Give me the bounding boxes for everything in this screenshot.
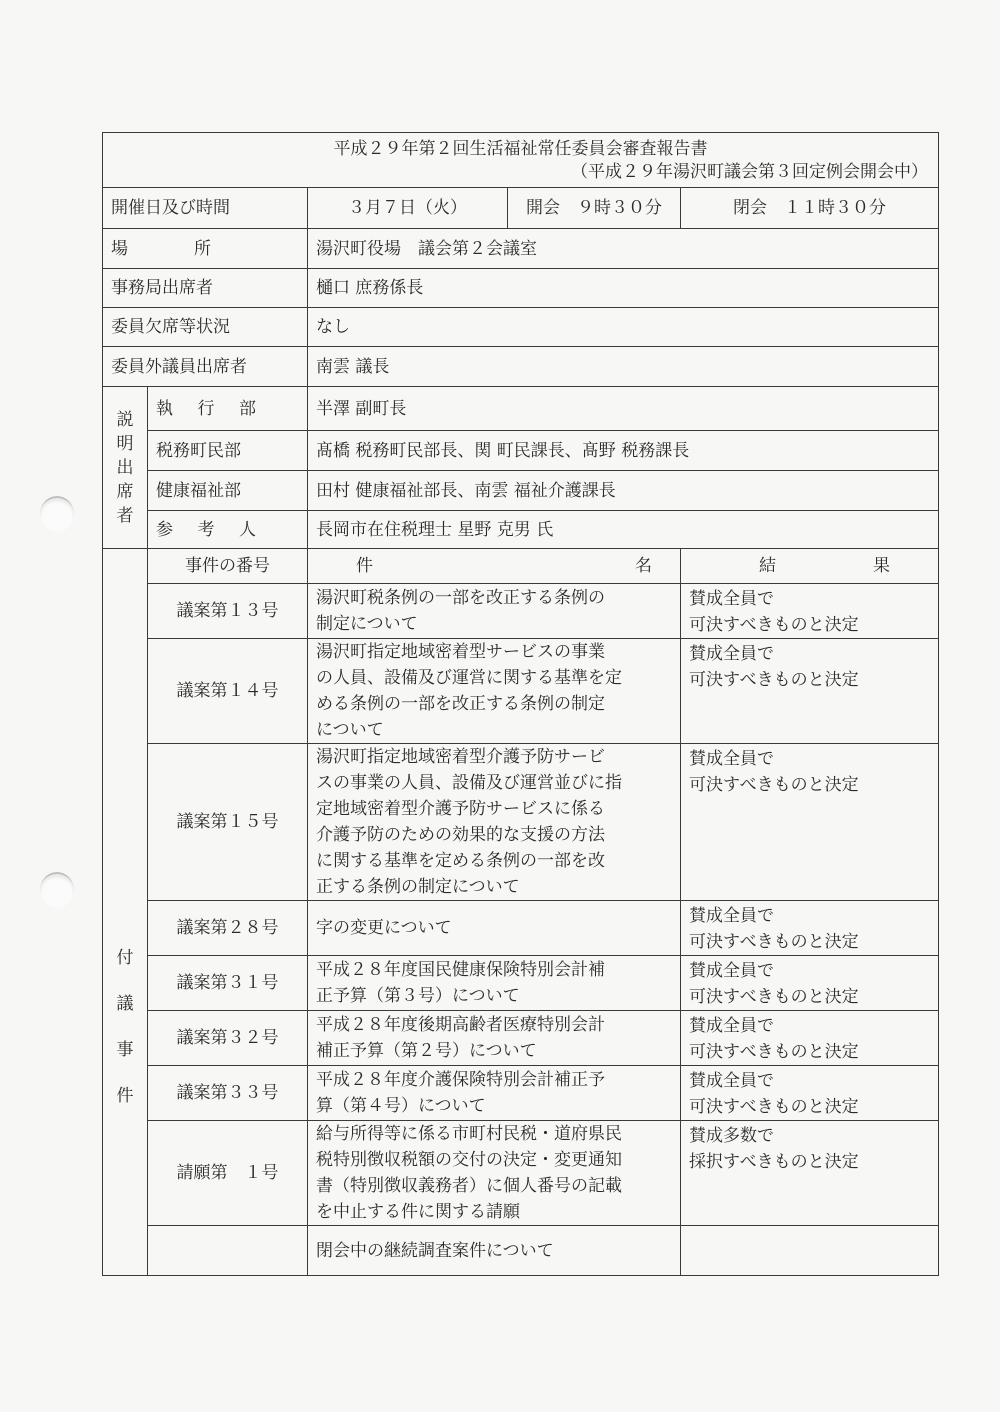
document-title: 平成２９年第２回生活福祉常任委員会審査報告書	[113, 137, 928, 161]
meeting-date: ３月７日（火）	[308, 188, 508, 229]
case-number: 議案第１４号	[148, 639, 308, 744]
reference-person-label: 参 考 人	[148, 511, 308, 549]
header-case-number: 事件の番号	[148, 549, 308, 584]
case-number: 議案第３１号	[148, 956, 308, 1011]
secretariat-attendee: 樋口 庶務係長	[308, 269, 939, 308]
agenda-row: 閉会中の継続調査案件について	[103, 1226, 939, 1276]
dept-tax-names: 髙橋 税務町民部長、関 町民課長、髙野 税務課長	[308, 431, 939, 471]
other-members: 南雲 議長	[308, 347, 939, 387]
title-cell: 平成２９年第２回生活福祉常任委員会審査報告書 （平成２９年湯沢町議会第３回定例会…	[103, 133, 939, 188]
agenda-row: 請願第 １号 給与所得等に係る市町村民税・道府県民税特別徴収税額の交付の決定・変…	[103, 1121, 939, 1226]
case-name: 湯沢町税条例の一部を改正する条例の制定について	[308, 584, 681, 639]
meeting-place: 湯沢町役場 議会第２会議室	[308, 229, 939, 269]
case-result: 賛成全員で可決すべきものと決定	[681, 1066, 939, 1121]
agenda-row: 議案第３２号 平成２８年度後期高齢者医療特別会計補正予算（第２号）について 賛成…	[103, 1011, 939, 1066]
secretariat-label: 事務局出席者	[103, 269, 308, 308]
meeting-close-time: 閉会 １１時３０分	[681, 188, 939, 229]
document-subtitle: （平成２９年湯沢町議会第３回定例会開会中）	[113, 161, 928, 183]
case-number: 議案第１５号	[148, 744, 308, 901]
dept-executive-names: 半澤 副町長	[308, 387, 939, 431]
meeting-open-time: 開会 ９時３０分	[508, 188, 681, 229]
case-number	[148, 1226, 308, 1276]
case-result: 賛成全員で可決すべきものと決定	[681, 956, 939, 1011]
case-result: 賛成全員で可決すべきものと決定	[681, 901, 939, 956]
agenda-row: 議案第３１号 平成２８年度国民健康保険特別会計補正予算（第３号）について 賛成全…	[103, 956, 939, 1011]
case-result: 賛成全員で可決すべきものと決定	[681, 744, 939, 901]
case-name: 字の変更について	[308, 901, 681, 956]
case-name: 湯沢町指定地域密着型サービスの事業の人員、設備及び運営に関する基準を定 める条例…	[308, 639, 681, 744]
punch-hole-top	[40, 496, 74, 532]
header-case-name: 件 名	[308, 549, 681, 584]
case-number: 請願第 １号	[148, 1121, 308, 1226]
case-number: 議案第３３号	[148, 1066, 308, 1121]
other-members-label: 委員外議員出席者	[103, 347, 308, 387]
case-result: 賛成多数で採択すべきものと決定	[681, 1121, 939, 1226]
dept-executive-label: 執 行 部	[148, 387, 308, 431]
case-name: 給与所得等に係る市町村民税・道府県民税特別徴収税額の交付の決定・変更通知 書（特…	[308, 1121, 681, 1226]
case-name: 平成２８年度介護保険特別会計補正予算（第４号）について	[308, 1066, 681, 1121]
absence-status: なし	[308, 308, 939, 347]
agenda-group-label: 付 議 事 件	[103, 549, 148, 1276]
case-result: 賛成全員で可決すべきものと決定	[681, 639, 939, 744]
case-name: 湯沢町指定地域密着型介護予防サービスの事業の人員、設備及び運営並びに指 定地域密…	[308, 744, 681, 901]
case-number: 議案第３２号	[148, 1011, 308, 1066]
agenda-row: 議案第１５号 湯沢町指定地域密着型介護予防サービスの事業の人員、設備及び運営並び…	[103, 744, 939, 901]
case-name: 閉会中の継続調査案件について	[308, 1226, 681, 1276]
date-label: 開催日及び時間	[103, 188, 308, 229]
report-table: 平成２９年第２回生活福祉常任委員会審査報告書 （平成２９年湯沢町議会第３回定例会…	[102, 132, 939, 1276]
reference-person-names: 長岡市在住税理士 星野 克男 氏	[308, 511, 939, 549]
explainers-group-label: 説 明 出 席 者	[103, 387, 148, 549]
absence-label: 委員欠席等状況	[103, 308, 308, 347]
case-number: 議案第１３号	[148, 584, 308, 639]
case-name: 平成２８年度後期高齢者医療特別会計補正予算（第２号）について	[308, 1011, 681, 1066]
agenda-row: 議案第１４号 湯沢町指定地域密着型サービスの事業の人員、設備及び運営に関する基準…	[103, 639, 939, 744]
dept-health-names: 田村 健康福祉部長、南雲 福祉介護課長	[308, 471, 939, 511]
case-number: 議案第２８号	[148, 901, 308, 956]
case-result: 賛成全員で可決すべきものと決定	[681, 584, 939, 639]
header-result: 結 果	[681, 549, 939, 584]
dept-health-label: 健康福祉部	[148, 471, 308, 511]
agenda-row: 議案第３３号 平成２８年度介護保険特別会計補正予算（第４号）について 賛成全員で…	[103, 1066, 939, 1121]
punch-hole-bottom	[40, 872, 74, 908]
place-label: 場 所	[103, 229, 308, 269]
agenda-row: 議案第１３号 湯沢町税条例の一部を改正する条例の制定について 賛成全員で可決すべ…	[103, 584, 939, 639]
case-result	[681, 1226, 939, 1276]
agenda-row: 議案第２８号 字の変更について 賛成全員で可決すべきものと決定	[103, 901, 939, 956]
case-name: 平成２８年度国民健康保険特別会計補正予算（第３号）について	[308, 956, 681, 1011]
dept-tax-label: 税務町民部	[148, 431, 308, 471]
case-result: 賛成全員で可決すべきものと決定	[681, 1011, 939, 1066]
